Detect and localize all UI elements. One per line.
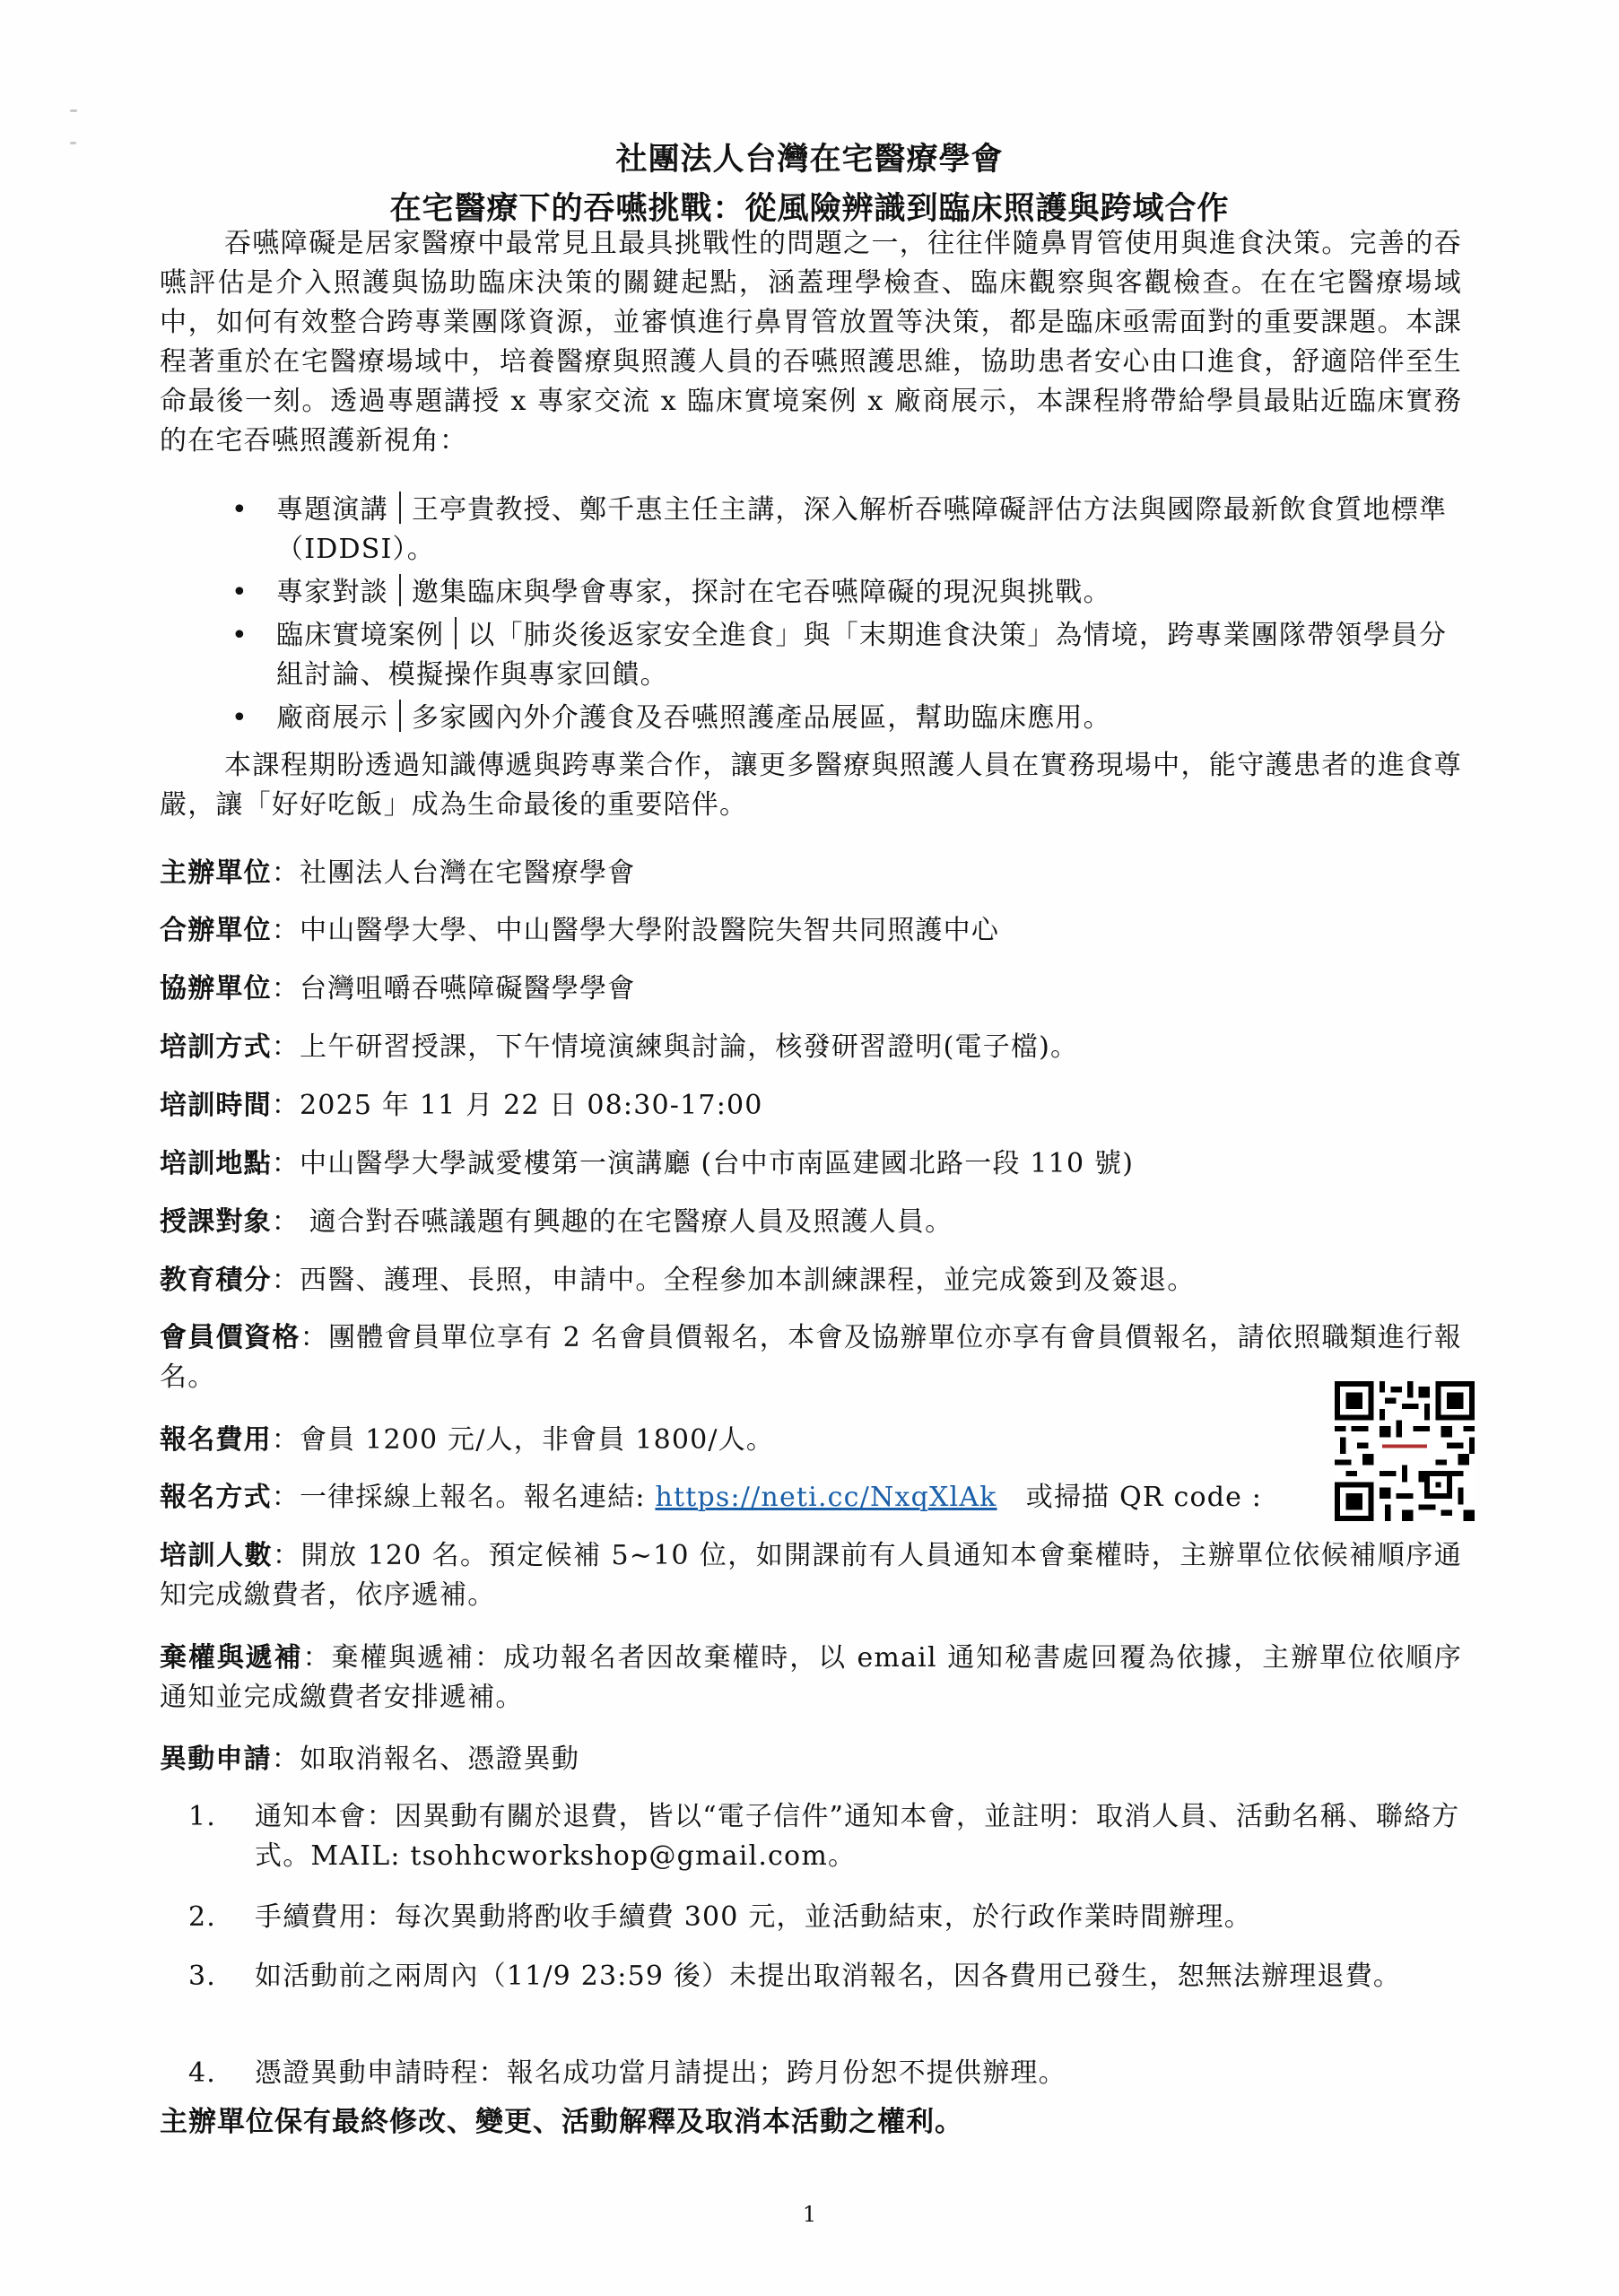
field-registration: 報名方式：一律採線上報名。報名連結: https://neti.cc/NxqXl… (160, 1478, 1478, 1518)
highlight-item: • 專題演講王亭貴教授、鄭千惠主任主講，深入解析吞嚥障礙評估方法與國際最新飲食質… (231, 491, 1469, 570)
colon: ： (272, 1148, 300, 1179)
change-rule-item: 2. 手續費用：每次異動將酌收手續費 300 元，並活動結束，於行政作業時間辦理… (188, 1898, 1480, 1937)
field-value: 一律採線上報名。報名連結: (300, 1482, 655, 1513)
field-label: 會員價資格 (160, 1322, 300, 1353)
field-value: 如取消報名、憑證異動 (300, 1744, 579, 1775)
registration-link[interactable]: https://neti.cc/NxqXlAk (655, 1482, 997, 1513)
field-label: 協辦單位 (160, 973, 272, 1004)
field-label: 異動申請 (160, 1744, 272, 1775)
colon: ： (273, 1540, 301, 1571)
rule-number: 4. (188, 2054, 216, 2093)
bullet-icon: • (231, 573, 248, 613)
divider (399, 700, 401, 732)
field-changes: 異動申請：如取消報名、憑證異動 (160, 1740, 1478, 1779)
field-value: 上午研習授課，下午情境演練與討論，核發研習證明(電子檔)。 (300, 1031, 1078, 1063)
highlight-title: 廠商展示 (276, 702, 388, 734)
field-credits: 教育積分：西醫、護理、長照，申請中。全程參加本訓練課程，並完成簽到及簽退。 (160, 1261, 1478, 1300)
field-label: 培訓時間 (160, 1090, 272, 1121)
colon: ： (272, 1031, 300, 1063)
colon: ： (303, 1642, 332, 1674)
highlight-item: • 臨床實境案例以「肺炎後返家安全進食」與「末期進食決策」為情境，跨專業團隊帶領… (231, 616, 1469, 695)
organization-title: 社團法人台灣在宅醫療學會 (0, 135, 1619, 179)
closing-paragraph: 本課程期盼透過知識傳遞與跨專業合作，讓更多醫療與照護人員在實務現場中，能守護患者… (160, 746, 1462, 825)
field-label: 主辦單位 (160, 857, 272, 889)
field-member-price: 會員價資格：團體會員單位享有 2 名會員價報名，本會及協辦單位亦享有會員價報名，… (160, 1318, 1462, 1397)
field-label: 培訓方式 (160, 1031, 272, 1063)
field-label: 棄權與遞補 (160, 1642, 303, 1674)
colon: ： (300, 1322, 328, 1353)
field-value: 會員 1200 元/人，非會員 1800/人。 (300, 1424, 774, 1456)
highlight-item: • 廠商展示多家國內外介護食及吞嚥照護產品展區，幫助臨床應用。 (231, 699, 1469, 738)
colon: ： (272, 1744, 300, 1775)
field-co-organizer: 合辦單位：中山醫學大學、中山醫學大學附設醫院失智共同照護中心 (160, 911, 1478, 951)
qr-code-icon[interactable] (1335, 1381, 1475, 1521)
divider (399, 574, 401, 606)
rule-number: 1. (188, 1797, 216, 1837)
divider (399, 491, 401, 524)
highlights-list: • 專題演講王亭貴教授、鄭千惠主任主講，深入解析吞嚥障礙評估方法與國際最新飲食質… (231, 491, 1469, 742)
scan-artifact (70, 109, 77, 112)
field-value: 2025 年 11 月 22 日 08:30-17:00 (300, 1090, 763, 1121)
bullet-icon: • (231, 616, 248, 656)
colon: ： (272, 1265, 300, 1296)
highlight-title: 專題演講 (276, 494, 388, 526)
highlight-text: 邀集臨床與學會專家，探討在宅吞嚥障礙的現況與挑戰。 (412, 577, 1111, 608)
colon: ： (272, 857, 300, 889)
colon: ： (272, 1482, 300, 1513)
colon: ： (272, 1424, 300, 1456)
highlight-title: 專家對談 (276, 577, 388, 608)
change-rule-item: 3. 如活動前之兩周內（11/9 23:59 後）未提出取消報名，因各費用已發生… (188, 1957, 1480, 1996)
field-value: 開放 120 名。預定候補 5~10 位，如開課前有人員通知本會棄權時，主辦單位… (160, 1540, 1462, 1611)
rule-text: 手續費用：每次異動將酌收手續費 300 元，並活動結束，於行政作業時間辦理。 (255, 1898, 1480, 1937)
field-value: 棄權與遞補：成功報名者因故棄權時，以 email 通知秘書處回覆為依據，主辦單位… (160, 1642, 1462, 1713)
colon: ： (272, 973, 300, 1004)
highlight-text: 多家國內外介護食及吞嚥照護產品展區，幫助臨床應用。 (412, 702, 1111, 734)
bullet-icon: • (231, 491, 248, 530)
field-fee: 報名費用：會員 1200 元/人，非會員 1800/人。 (160, 1421, 1478, 1460)
field-organizer: 主辦單位：社團法人台灣在宅醫療學會 (160, 854, 1478, 893)
highlight-text: 以「肺炎後返家安全進食」與「末期進食決策」為情境，跨專業團隊帶領學員分組討論、模… (276, 620, 1447, 691)
rule-number: 3. (188, 1957, 216, 1996)
field-training-method: 培訓方式：上午研習授課，下午情境演練與討論，核發研習證明(電子檔)。 (160, 1028, 1478, 1067)
colon: ： (272, 1206, 300, 1238)
final-note: 主辦單位保有最終修改、變更、活動解釋及取消本活動之權利。 (160, 2099, 963, 2139)
field-label: 培訓地點 (160, 1148, 272, 1179)
rule-text: 如活動前之兩周內（11/9 23:59 後）未提出取消報名，因各費用已發生，恕無… (255, 1957, 1480, 1996)
field-value: 社團法人台灣在宅醫療學會 (300, 857, 635, 889)
rule-number: 2. (188, 1898, 216, 1937)
course-title: 在宅醫療下的吞嚥挑戰：從風險辨識到臨床照護與跨域合作 (0, 184, 1619, 229)
highlight-item: • 專家對談邀集臨床與學會專家，探討在宅吞嚥障礙的現況與挑戰。 (231, 573, 1469, 613)
field-training-location: 培訓地點：中山醫學大學誠愛樓第一演講廳 (台中市南區建國北路一段 110 號) (160, 1144, 1478, 1184)
field-training-time: 培訓時間：2025 年 11 月 22 日 08:30-17:00 (160, 1086, 1478, 1126)
divider (455, 617, 457, 649)
colon: ： (272, 1090, 300, 1121)
rule-text: 通知本會：因異動有關於退費，皆以“電子信件”通知本會，並註明：取消人員、活動名稱… (255, 1797, 1480, 1876)
highlight-title: 臨床實境案例 (276, 620, 444, 651)
field-value: 適合對吞嚥議題有興趣的在宅醫療人員及照護人員。 (300, 1206, 953, 1238)
field-value: 中山醫學大學、中山醫學大學附設醫院失智共同照護中心 (300, 915, 999, 946)
field-label: 合辦單位 (160, 915, 272, 946)
field-label: 報名方式 (160, 1482, 272, 1513)
change-rule-item: 4. 憑證異動申請時程：報名成功當月請提出；跨月份恕不提供辦理。 (188, 2054, 1480, 2093)
document-page: 社團法人台灣在宅醫療學會 在宅醫療下的吞嚥挑戰：從風險辨識到臨床照護與跨域合作 … (0, 0, 1619, 2296)
field-value: 西醫、護理、長照，申請中。全程參加本訓練課程，並完成簽到及簽退。 (300, 1265, 1195, 1296)
field-waiver: 棄權與遞補：棄權與遞補：成功報名者因故棄權時，以 email 通知秘書處回覆為依… (160, 1639, 1462, 1718)
field-value: 團體會員單位享有 2 名會員價報名，本會及協辦單位亦享有會員價報名，請依照職類進… (160, 1322, 1462, 1393)
field-value: 中山醫學大學誠愛樓第一演講廳 (台中市南區建國北路一段 110 號) (300, 1148, 1134, 1179)
field-headcount: 培訓人數：開放 120 名。預定候補 5~10 位，如開課前有人員通知本會棄權時… (160, 1536, 1462, 1615)
field-assisting: 協辦單位：台灣咀嚼吞嚥障礙醫學學會 (160, 970, 1478, 1009)
qr-hint-text: 或掃描 QR code : (997, 1482, 1263, 1513)
change-rule-item: 1. 通知本會：因異動有關於退費，皆以“電子信件”通知本會，並註明：取消人員、活… (188, 1797, 1480, 1876)
rule-text: 憑證異動申請時程：報名成功當月請提出；跨月份恕不提供辦理。 (255, 2054, 1480, 2093)
highlight-text: 王亭貴教授、鄭千惠主任主講，深入解析吞嚥障礙評估方法與國際最新飲食質地標準（ID… (276, 494, 1447, 565)
field-label: 培訓人數 (160, 1540, 273, 1571)
intro-paragraph: 吞嚥障礙是居家醫療中最常見且最具挑戰性的問題之一，往往伴隨鼻胃管使用與進食決策。… (160, 224, 1462, 461)
field-label: 教育積分 (160, 1265, 272, 1296)
field-audience: 授課對象： 適合對吞嚥議題有興趣的在宅醫療人員及照護人員。 (160, 1203, 1478, 1242)
colon: ： (272, 915, 300, 946)
field-label: 報名費用 (160, 1424, 272, 1456)
field-label: 授課對象 (160, 1206, 272, 1238)
page-number: 1 (0, 2202, 1619, 2227)
field-value: 台灣咀嚼吞嚥障礙醫學學會 (300, 973, 635, 1004)
bullet-icon: • (231, 699, 248, 738)
